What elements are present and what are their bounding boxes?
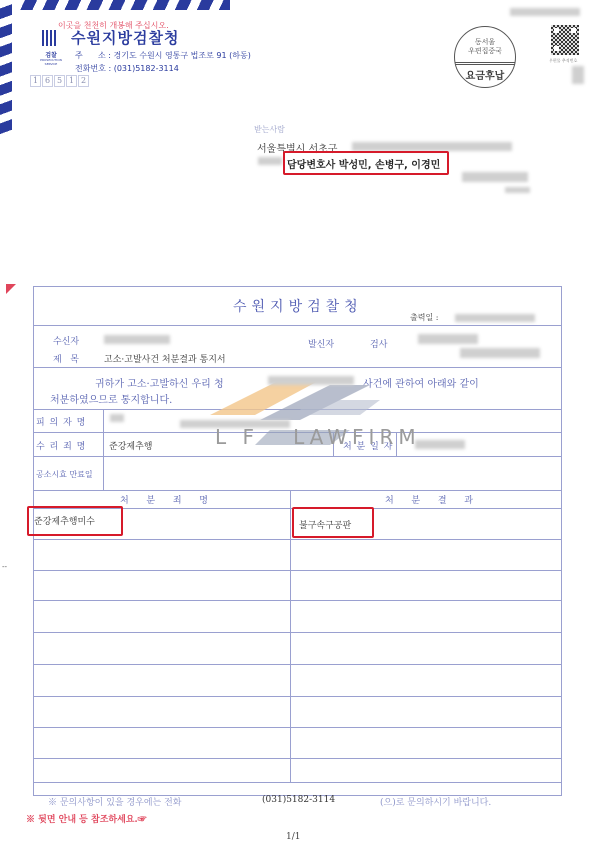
form-title: 수원지방검찰청	[233, 296, 363, 316]
zip-digit: 1	[30, 75, 41, 87]
form-vline	[290, 490, 291, 782]
form-line	[33, 325, 561, 326]
envelope: 이곳을 천천히 개봉해 주십시오. 검찰 PROSECUTION SERVICE…	[0, 0, 600, 240]
redacted-case-number	[268, 376, 354, 385]
body-line1-b: 사건에 관하여 아래와 같이	[363, 375, 479, 390]
qr-label: 우편물 추적번호	[549, 58, 577, 64]
recipient-label: 받는사람	[254, 124, 285, 135]
table-header-charge: 처 분 죄 명	[120, 493, 208, 506]
redacted-address-4	[505, 187, 530, 193]
print-date-label: 출력일 :	[410, 312, 438, 323]
sender-phone: 전화번호 : (031)5182-3114	[75, 63, 179, 74]
zip-digit: 1	[66, 75, 77, 87]
sender-field-label: 발신자	[308, 337, 334, 350]
form-line	[33, 664, 561, 665]
footer-inquiry-a: ※ 문의사항이 있을 경우에는 전화	[48, 795, 181, 808]
redacted-print-date	[455, 314, 535, 322]
redacted-prosecutor-2	[460, 348, 540, 358]
recipient-attorneys: 담당변호사 박성민, 손병구, 이경민	[287, 156, 440, 171]
zip-code: 1 6 5 1 2	[30, 75, 89, 87]
redacted-suspect	[110, 414, 124, 422]
page-number: 1/1	[286, 832, 300, 842]
back-notice: ※ 뒷면 안내 등 참조하세요.☞	[26, 812, 147, 825]
sender-name: 수원지방검찰청	[71, 27, 179, 48]
disposition-result: 불구속구공판	[299, 518, 351, 531]
postage-stamp: 동서울 우편집중국 요금후납	[454, 26, 516, 88]
qr-code-icon	[551, 25, 579, 55]
zip-digit: 5	[54, 75, 65, 87]
form-line	[33, 632, 561, 633]
redacted-address-3	[462, 172, 528, 182]
form-line	[33, 696, 561, 697]
zip-digit: 2	[78, 75, 89, 87]
form-line	[33, 490, 561, 491]
subject-value: 고소·고발사건 처분결과 통지서	[104, 352, 226, 365]
lawfirm-watermark: L F LAWFIRM	[215, 425, 421, 449]
redacted-tracking	[510, 8, 580, 16]
phone-label: 전화번호	[75, 64, 106, 73]
subject-field-label: 제 목	[53, 352, 79, 365]
margin-mark: --	[2, 563, 7, 571]
footer-inquiry-b: (으)로 문의하시기 바랍니다.	[380, 795, 491, 808]
statute-label: 공소시효 만료일	[36, 469, 93, 480]
prosecution-logo-icon	[42, 30, 58, 46]
form-line	[33, 782, 561, 783]
redacted-disposition-date	[415, 440, 465, 449]
form-line	[33, 758, 561, 759]
form-line	[33, 367, 561, 368]
stamp-office-line1: 동서울	[455, 38, 515, 47]
recipient-field-label: 수신자	[53, 334, 79, 347]
form-line	[33, 600, 561, 601]
airmail-stripe-top	[15, 0, 230, 10]
form-line	[33, 727, 561, 728]
charge-label: 수 리 죄 명	[36, 439, 86, 452]
form-line	[33, 570, 561, 571]
redacted-address-2	[258, 157, 282, 165]
table-header-result: 처 분 결 과	[385, 493, 473, 506]
address-label: 주 소	[75, 51, 106, 60]
stamp-office-line2: 우편집중국	[455, 47, 515, 56]
redacted-prosecutor	[418, 334, 478, 344]
redacted-recipient	[104, 335, 170, 344]
phone-value: (031)5182-3114	[114, 64, 179, 73]
redacted-address	[352, 142, 512, 151]
stamp-office: 동서울 우편집중국	[455, 38, 515, 56]
charge-value: 준강제추행	[109, 439, 152, 452]
body-line1-a: 귀하가 고소·고발하신 우리 청	[95, 375, 224, 390]
corner-mark	[6, 284, 16, 294]
stamp-label: 요금후납	[455, 67, 515, 82]
footer-phone: (031)5182-3114	[262, 795, 335, 805]
airmail-stripe-left	[0, 0, 12, 135]
body-line2: 처분하였으므로 통지합니다.	[50, 391, 172, 406]
suspect-label: 피 의 자 명	[36, 415, 86, 428]
form-line	[33, 539, 561, 540]
sender-address: 주 소 : 경기도 수원시 영통구 법조로 91 (하동)	[75, 50, 251, 61]
form-vline	[103, 409, 104, 490]
sender-role: 검사	[370, 337, 387, 350]
zip-digit: 6	[42, 75, 53, 87]
disposition-charge: 준강제추행미수	[34, 514, 95, 527]
address-value: 경기도 수원시 영통구 법조로 91 (하동)	[114, 51, 251, 60]
redacted-code	[572, 66, 584, 84]
logo-subtext: PROSECUTION SERVICE	[34, 58, 68, 66]
stamp-divider	[455, 62, 515, 65]
form-line	[33, 456, 561, 457]
